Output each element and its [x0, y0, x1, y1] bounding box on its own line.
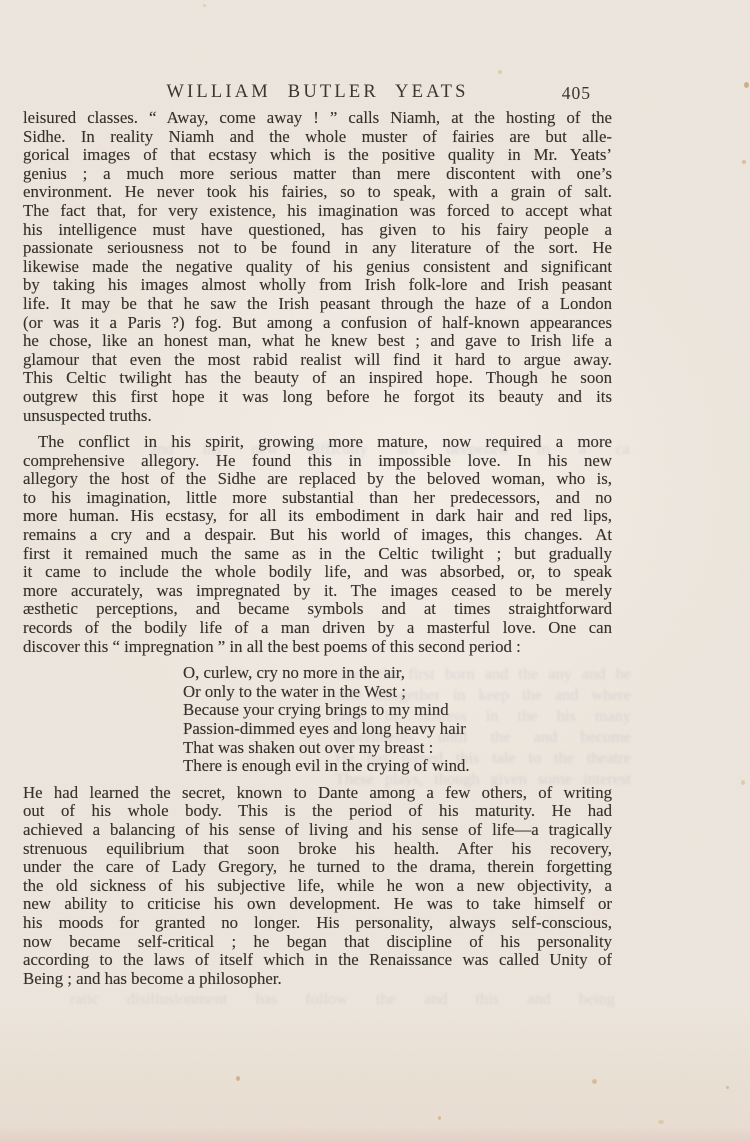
- text-line: life. It may be that he saw the Irish pe…: [23, 295, 612, 314]
- text-line: æsthetic perceptions, and became symbols…: [23, 600, 612, 619]
- foxing-spot: [438, 1116, 441, 1120]
- book-page: WILLIAM BUTLER YEATS 405 leisured classe…: [0, 0, 750, 1141]
- text-line: comprehensive allegory. He found this in…: [23, 452, 612, 471]
- text-line: more human. His ecstasy, for all its emb…: [23, 507, 612, 526]
- text-line: glamour that even the most rabid realist…: [23, 351, 612, 370]
- text-line: his moods for granted no longer. His per…: [23, 914, 612, 933]
- bleedthrough-layer-bottom: ratic disillusionment has follow the and…: [70, 988, 615, 1009]
- foxing-spot: [744, 82, 749, 88]
- text-line: under the care of Lady Gregory, he turne…: [23, 858, 612, 877]
- ghost-line: ratic disillusionment has follow the and…: [70, 988, 615, 1009]
- poem-line: There is enough evil in the crying of wi…: [183, 757, 612, 776]
- text-line: according to the laws of itself which in…: [23, 951, 612, 970]
- text-line: leisured classes. “ Away, come away ! ” …: [23, 109, 612, 128]
- page-number: 405: [549, 83, 591, 104]
- text-line: now became self-critical ; he began that…: [23, 933, 612, 952]
- text-line: the old sickness of his subjective life,…: [23, 877, 612, 896]
- foxing-spot: [658, 1120, 664, 1124]
- running-title: WILLIAM BUTLER YEATS: [23, 82, 612, 103]
- text-line: first it remained much the same as in th…: [23, 545, 612, 564]
- text-line: outgrew this first hope it was long befo…: [23, 388, 612, 407]
- text-line: (or was it a Paris ?) fog. But among a c…: [23, 314, 612, 333]
- text-line: discover this “ impregnation ” in all th…: [23, 638, 612, 657]
- foxing-spot: [742, 160, 746, 164]
- text-line: likewise made the negative quality of hi…: [23, 258, 612, 277]
- text-line: gorical images of that ecstasy which is …: [23, 146, 612, 165]
- foxing-spot: [741, 780, 745, 785]
- text-line: new ability to criticise his own develop…: [23, 895, 612, 914]
- foxing-spot: [236, 1076, 240, 1081]
- text-line: The fact that, for very existence, his i…: [23, 202, 612, 221]
- page-body: leisured classes. “ Away, come away ! ” …: [23, 109, 612, 988]
- poem-line: Passion-dimmed eyes and long heavy hair: [183, 720, 612, 739]
- poem-line: Or only to the water in the West ;: [183, 683, 612, 702]
- poem-line: Because your crying brings to my mind: [183, 701, 612, 720]
- text-line: records of the bodily life of a man driv…: [23, 619, 612, 638]
- text-line: his intelligence must have questioned, h…: [23, 221, 612, 240]
- paragraph: leisured classes. “ Away, come away ! ” …: [23, 109, 612, 425]
- text-line: allegory the host of the Sidhe are repla…: [23, 470, 612, 489]
- poem-line: That was shaken out over my breast :: [183, 739, 612, 758]
- page-bottom-edge: [0, 1125, 750, 1141]
- text-line: passionate seriousness not to be found i…: [23, 239, 612, 258]
- text-line: it came to include the whole bodily life…: [23, 563, 612, 582]
- text-line: He had learned the secret, known to Dant…: [23, 784, 612, 803]
- text-line: Sidhe. In reality Niamh and the whole mu…: [23, 128, 612, 147]
- text-line: The conflict in his spirit, growing more…: [23, 433, 612, 452]
- foxing-spot: [726, 1086, 729, 1089]
- text-line: remains a cry and a despair. But his wor…: [23, 526, 612, 545]
- foxing-spot: [203, 4, 206, 7]
- poem-line: O, curlew, cry no more in the air,: [183, 664, 612, 683]
- poem: O, curlew, cry no more in the air,Or onl…: [23, 664, 612, 776]
- foxing-spot: [498, 70, 502, 74]
- text-line: strenuous equilibrium that soon broke hi…: [23, 840, 612, 859]
- text-line: to his imagination, little more substant…: [23, 489, 612, 508]
- text-line: unsuspected truths.: [23, 407, 612, 426]
- text-line: This Celtic twilight has the beauty of a…: [23, 369, 612, 388]
- text-line: achieved a balancing of his sense of liv…: [23, 821, 612, 840]
- paragraph: He had learned the secret, known to Dant…: [23, 784, 612, 989]
- text-line: more accurately, was impregnated by it. …: [23, 582, 612, 601]
- paragraph: The conflict in his spirit, growing more…: [23, 433, 612, 656]
- text-line: by taking his images almost wholly from …: [23, 276, 612, 295]
- text-line: he chose, like an honest man, what he kn…: [23, 332, 612, 351]
- text-line: genius ; a much more serious matter than…: [23, 165, 612, 184]
- text-line: environment. He never took his fairies, …: [23, 183, 612, 202]
- text-line: out of his whole body. This is the perio…: [23, 802, 612, 821]
- text-line: Being ; and has become a philosopher.: [23, 970, 612, 989]
- foxing-spot: [592, 1079, 597, 1084]
